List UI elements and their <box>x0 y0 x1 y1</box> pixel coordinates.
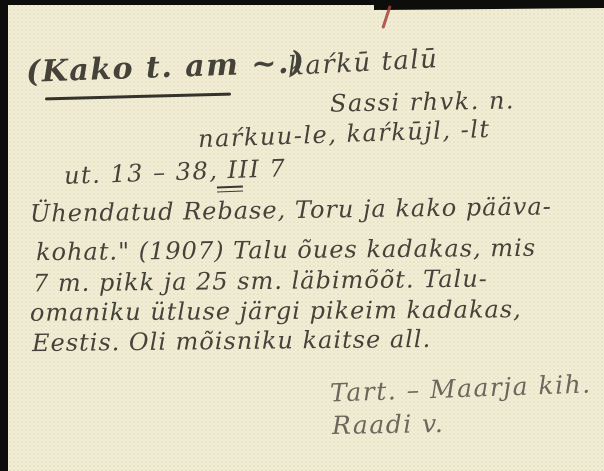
underline-stroke <box>45 93 231 101</box>
body-line-2: kohat." (1907) Talu õues kadakas, mis <box>36 234 536 266</box>
index-card: (Kako t. am ~.) kaŕkū talū Sassi rhvk. n… <box>0 0 604 471</box>
scan-edge-top-right <box>374 0 604 10</box>
body-line-1: Ühendatud Rebase, Toru ja kako pääva- <box>30 192 552 227</box>
case-forms: naŕkuu-le, kaŕkūjl, -lt <box>198 115 491 153</box>
parish-attribution: Tart. – Maarja kih. <box>330 369 592 407</box>
folk-name: Sassi rhvk. n. <box>330 86 516 117</box>
place-name-dialect: kaŕkū talū <box>287 44 439 82</box>
map-reference: ut. 13 – 38, III 7 <box>64 154 287 190</box>
body-line-4: omaniku ütluse järgi pikeim kadakas, <box>30 295 522 326</box>
body-line-5: Eestis. Oli mõisniku kaitse all. <box>32 325 431 357</box>
village-attribution: Raadi v. <box>332 409 445 440</box>
body-line-3: 7 m. pikk ja 25 sm. läbimõõt. Talu- <box>33 265 488 298</box>
place-name-parenthetical: (Kako t. am ~.) <box>25 45 306 90</box>
scan-edge-left <box>0 0 8 471</box>
map-reference-underline <box>217 186 243 193</box>
